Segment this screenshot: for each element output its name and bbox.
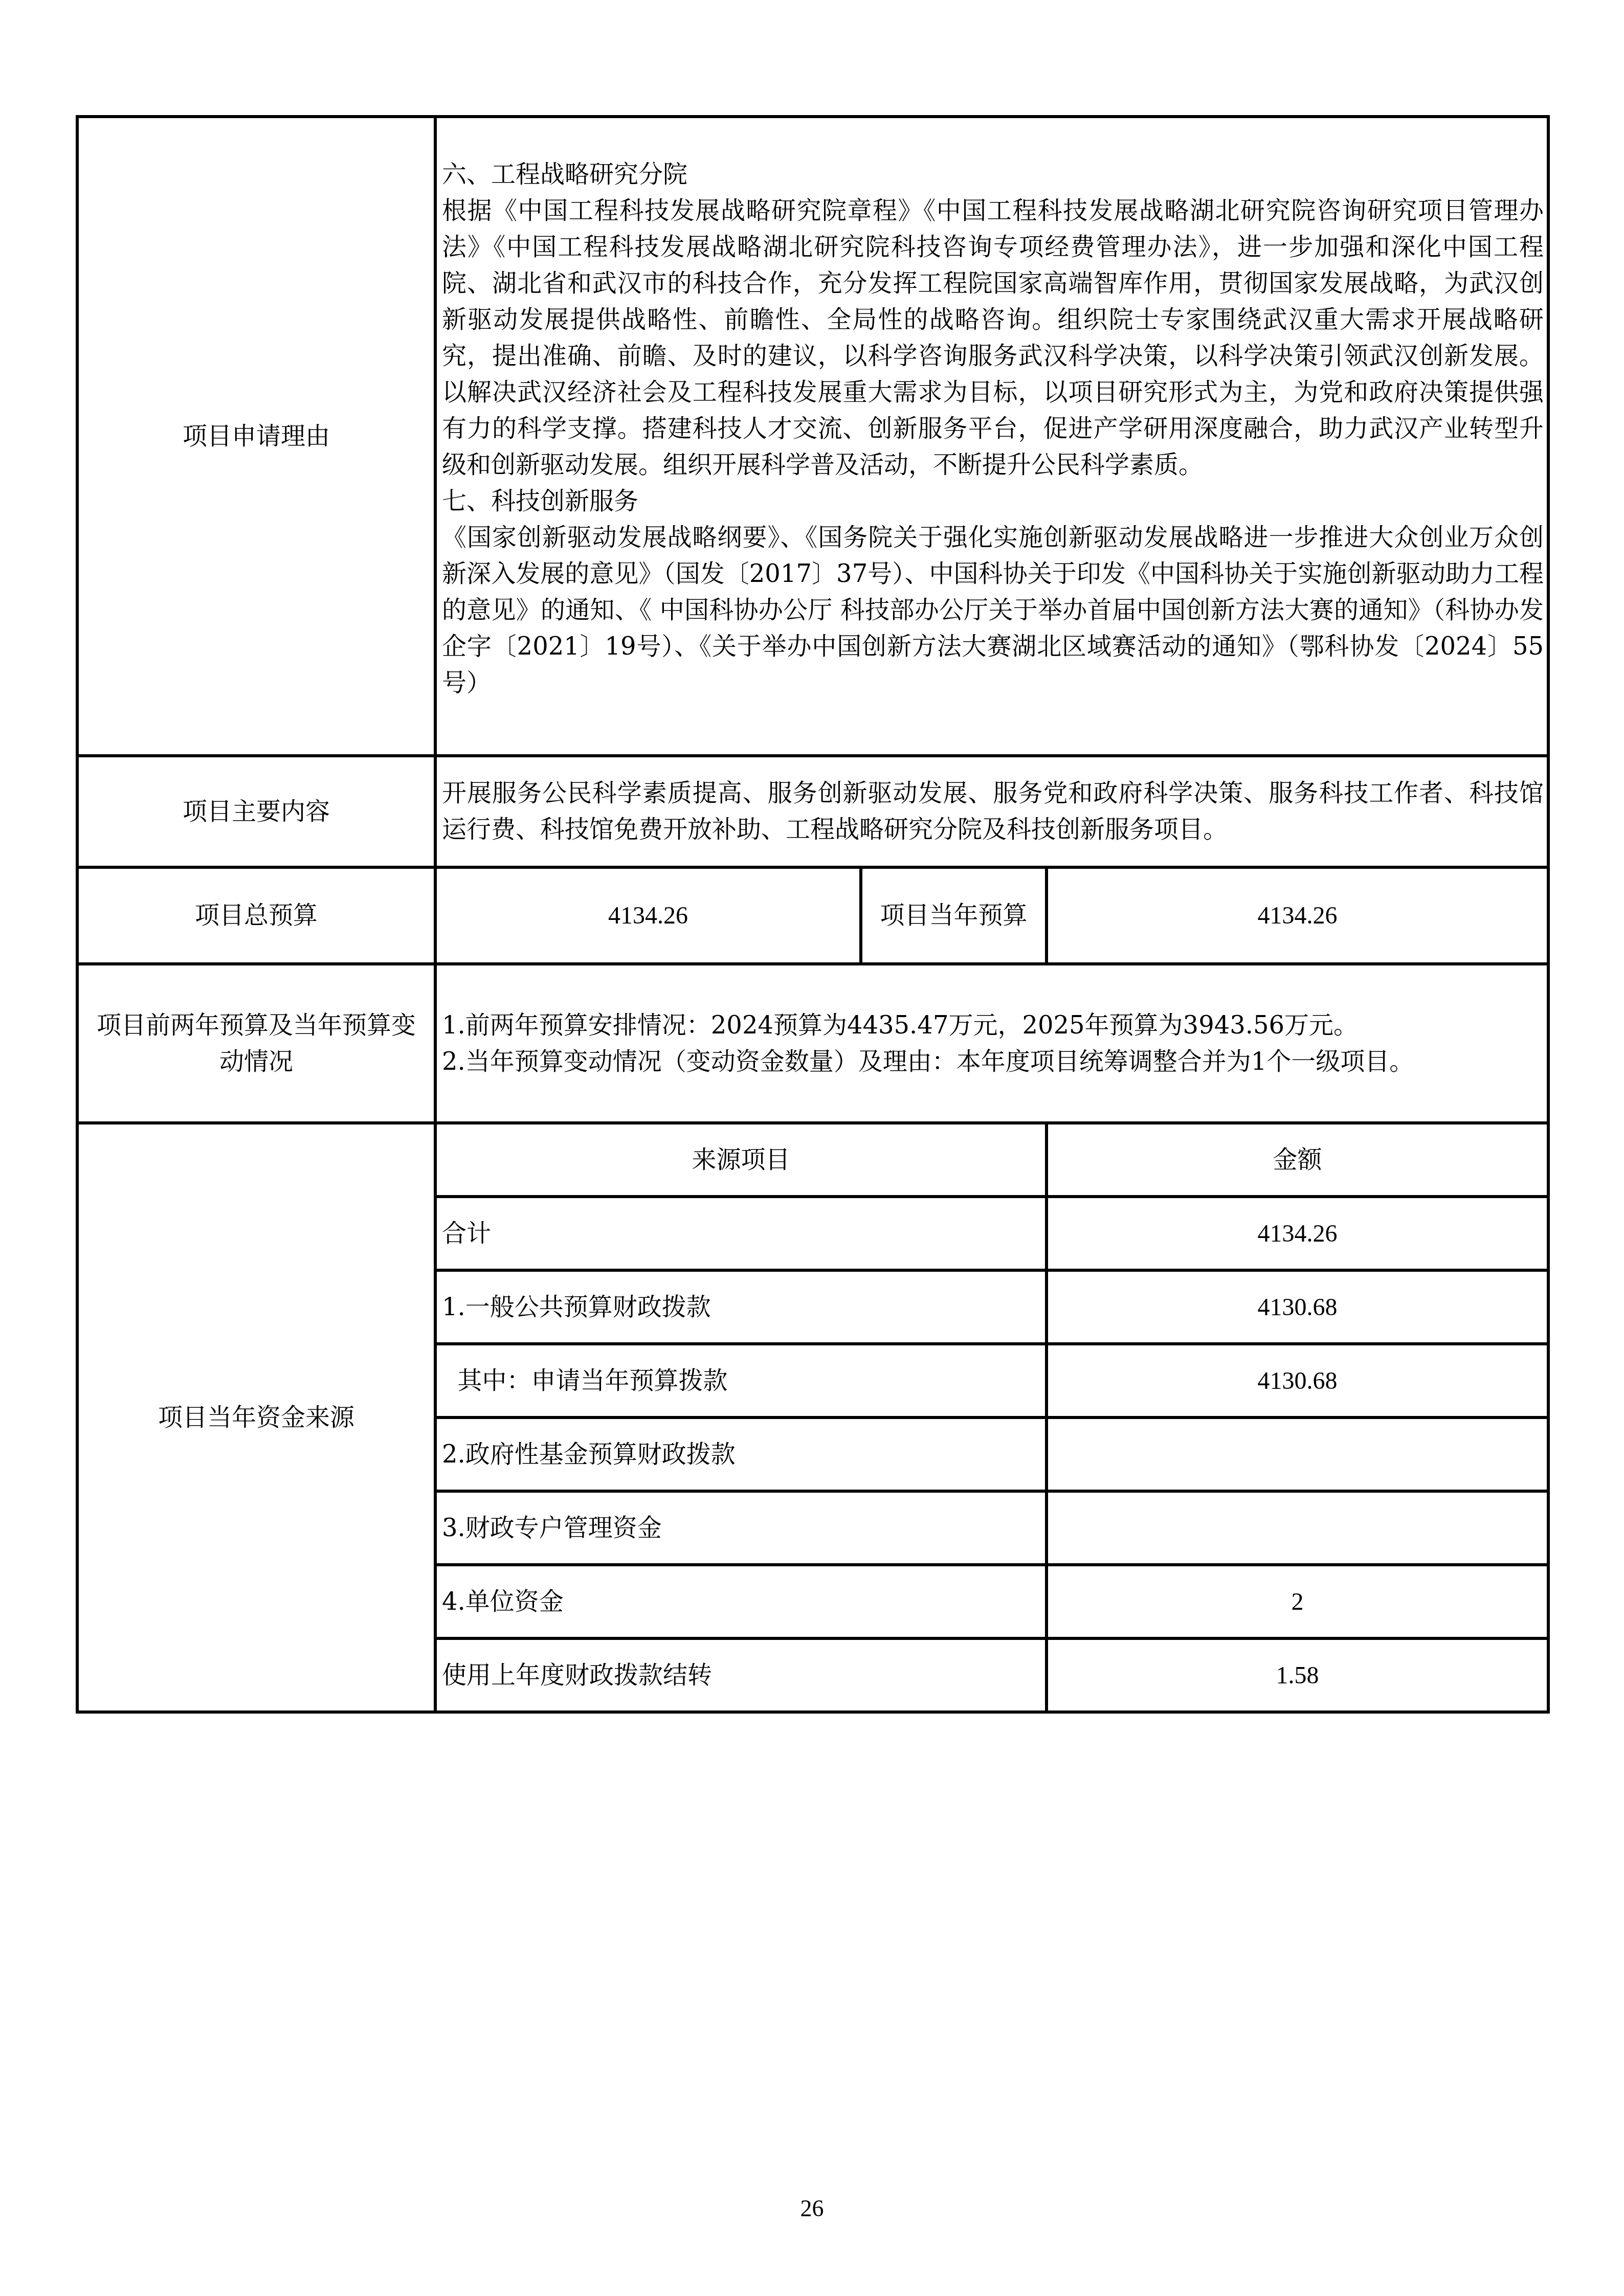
funding-source-total: 合计 — [435, 1197, 1047, 1270]
funding-source-unit-funds: 4.单位资金 — [435, 1565, 1047, 1638]
label-funding-source: 项目当年资金来源 — [77, 1123, 435, 1712]
label-total-budget: 项目总预算 — [77, 867, 435, 964]
funding-header-source: 来源项目 — [435, 1123, 1047, 1197]
row-budget-change: 项目前两年预算及当年预算变动情况 1.前两年预算安排情况：2024预算为4435… — [77, 964, 1548, 1123]
budget-change-line-2: 2.当年预算变动情况（变动资金数量）及理由：本年度项目统筹调整合并为1个一级项目… — [442, 1044, 1544, 1080]
row-main-content: 项目主要内容 开展服务公民科学素质提高、服务创新驱动发展、服务党和政府科学决策、… — [77, 756, 1548, 867]
funding-amount-government-fund — [1047, 1417, 1548, 1491]
project-budget-table: 项目申请理由 六、工程战略研究分院 根据《中国工程科技发展战略研究院章程》《中国… — [76, 115, 1550, 1714]
funding-amount-unit-funds: 2 — [1047, 1565, 1548, 1638]
paragraph-engineering-strategy: 根据《中国工程科技发展战略研究院章程》《中国工程科技发展战略湖北研究院咨询研究项… — [442, 193, 1544, 483]
budget-change-content: 1.前两年预算安排情况：2024预算为4435.47万元，2025年预算为394… — [435, 964, 1548, 1123]
total-budget-value: 4134.26 — [435, 867, 861, 964]
row-application-reason: 项目申请理由 六、工程战略研究分院 根据《中国工程科技发展战略研究院章程》《中国… — [77, 117, 1548, 756]
funding-amount-total: 4134.26 — [1047, 1197, 1548, 1270]
funding-amount-special-account — [1047, 1491, 1548, 1565]
label-budget-change: 项目前两年预算及当年预算变动情况 — [77, 964, 435, 1123]
label-main-content: 项目主要内容 — [77, 756, 435, 867]
funding-amount-prior-year-carryover: 1.58 — [1047, 1638, 1548, 1712]
funding-source-government-fund: 2.政府性基金预算财政拨款 — [435, 1417, 1047, 1491]
funding-source-prior-year-carryover: 使用上年度财政拨款结转 — [435, 1638, 1047, 1712]
label-current-year-budget: 项目当年预算 — [861, 867, 1047, 964]
section-heading-innovation-service: 七、科技创新服务 — [442, 483, 1544, 520]
funding-source-general-public: 1.一般公共预算财政拨款 — [435, 1270, 1047, 1344]
section-heading-engineering-strategy: 六、工程战略研究分院 — [442, 156, 1544, 193]
funding-amount-current-year-request: 4130.68 — [1047, 1344, 1548, 1417]
current-year-budget-value: 4134.26 — [1047, 867, 1548, 964]
application-reason-content: 六、工程战略研究分院 根据《中国工程科技发展战略研究院章程》《中国工程科技发展战… — [435, 117, 1548, 756]
page-number: 26 — [0, 2195, 1624, 2222]
funding-amount-general-public: 4130.68 — [1047, 1270, 1548, 1344]
funding-header-amount: 金额 — [1047, 1123, 1548, 1197]
funding-source-special-account: 3.财政专户管理资金 — [435, 1491, 1047, 1565]
budget-change-line-1: 1.前两年预算安排情况：2024预算为4435.47万元，2025年预算为394… — [442, 1007, 1544, 1044]
paragraph-innovation-service: 《国家创新驱动发展战略纲要》、《国务院关于强化实施创新驱动发展战略进一步推进大众… — [442, 520, 1544, 701]
funding-source-current-year-request: 其中：申请当年预算拨款 — [435, 1344, 1047, 1417]
main-content-text: 开展服务公民科学素质提高、服务创新驱动发展、服务党和政府科学决策、服务科技工作者… — [435, 756, 1548, 867]
row-funding-header: 项目当年资金来源 来源项目 金额 — [77, 1123, 1548, 1197]
row-budget: 项目总预算 4134.26 项目当年预算 4134.26 — [77, 867, 1548, 964]
label-application-reason: 项目申请理由 — [77, 117, 435, 756]
